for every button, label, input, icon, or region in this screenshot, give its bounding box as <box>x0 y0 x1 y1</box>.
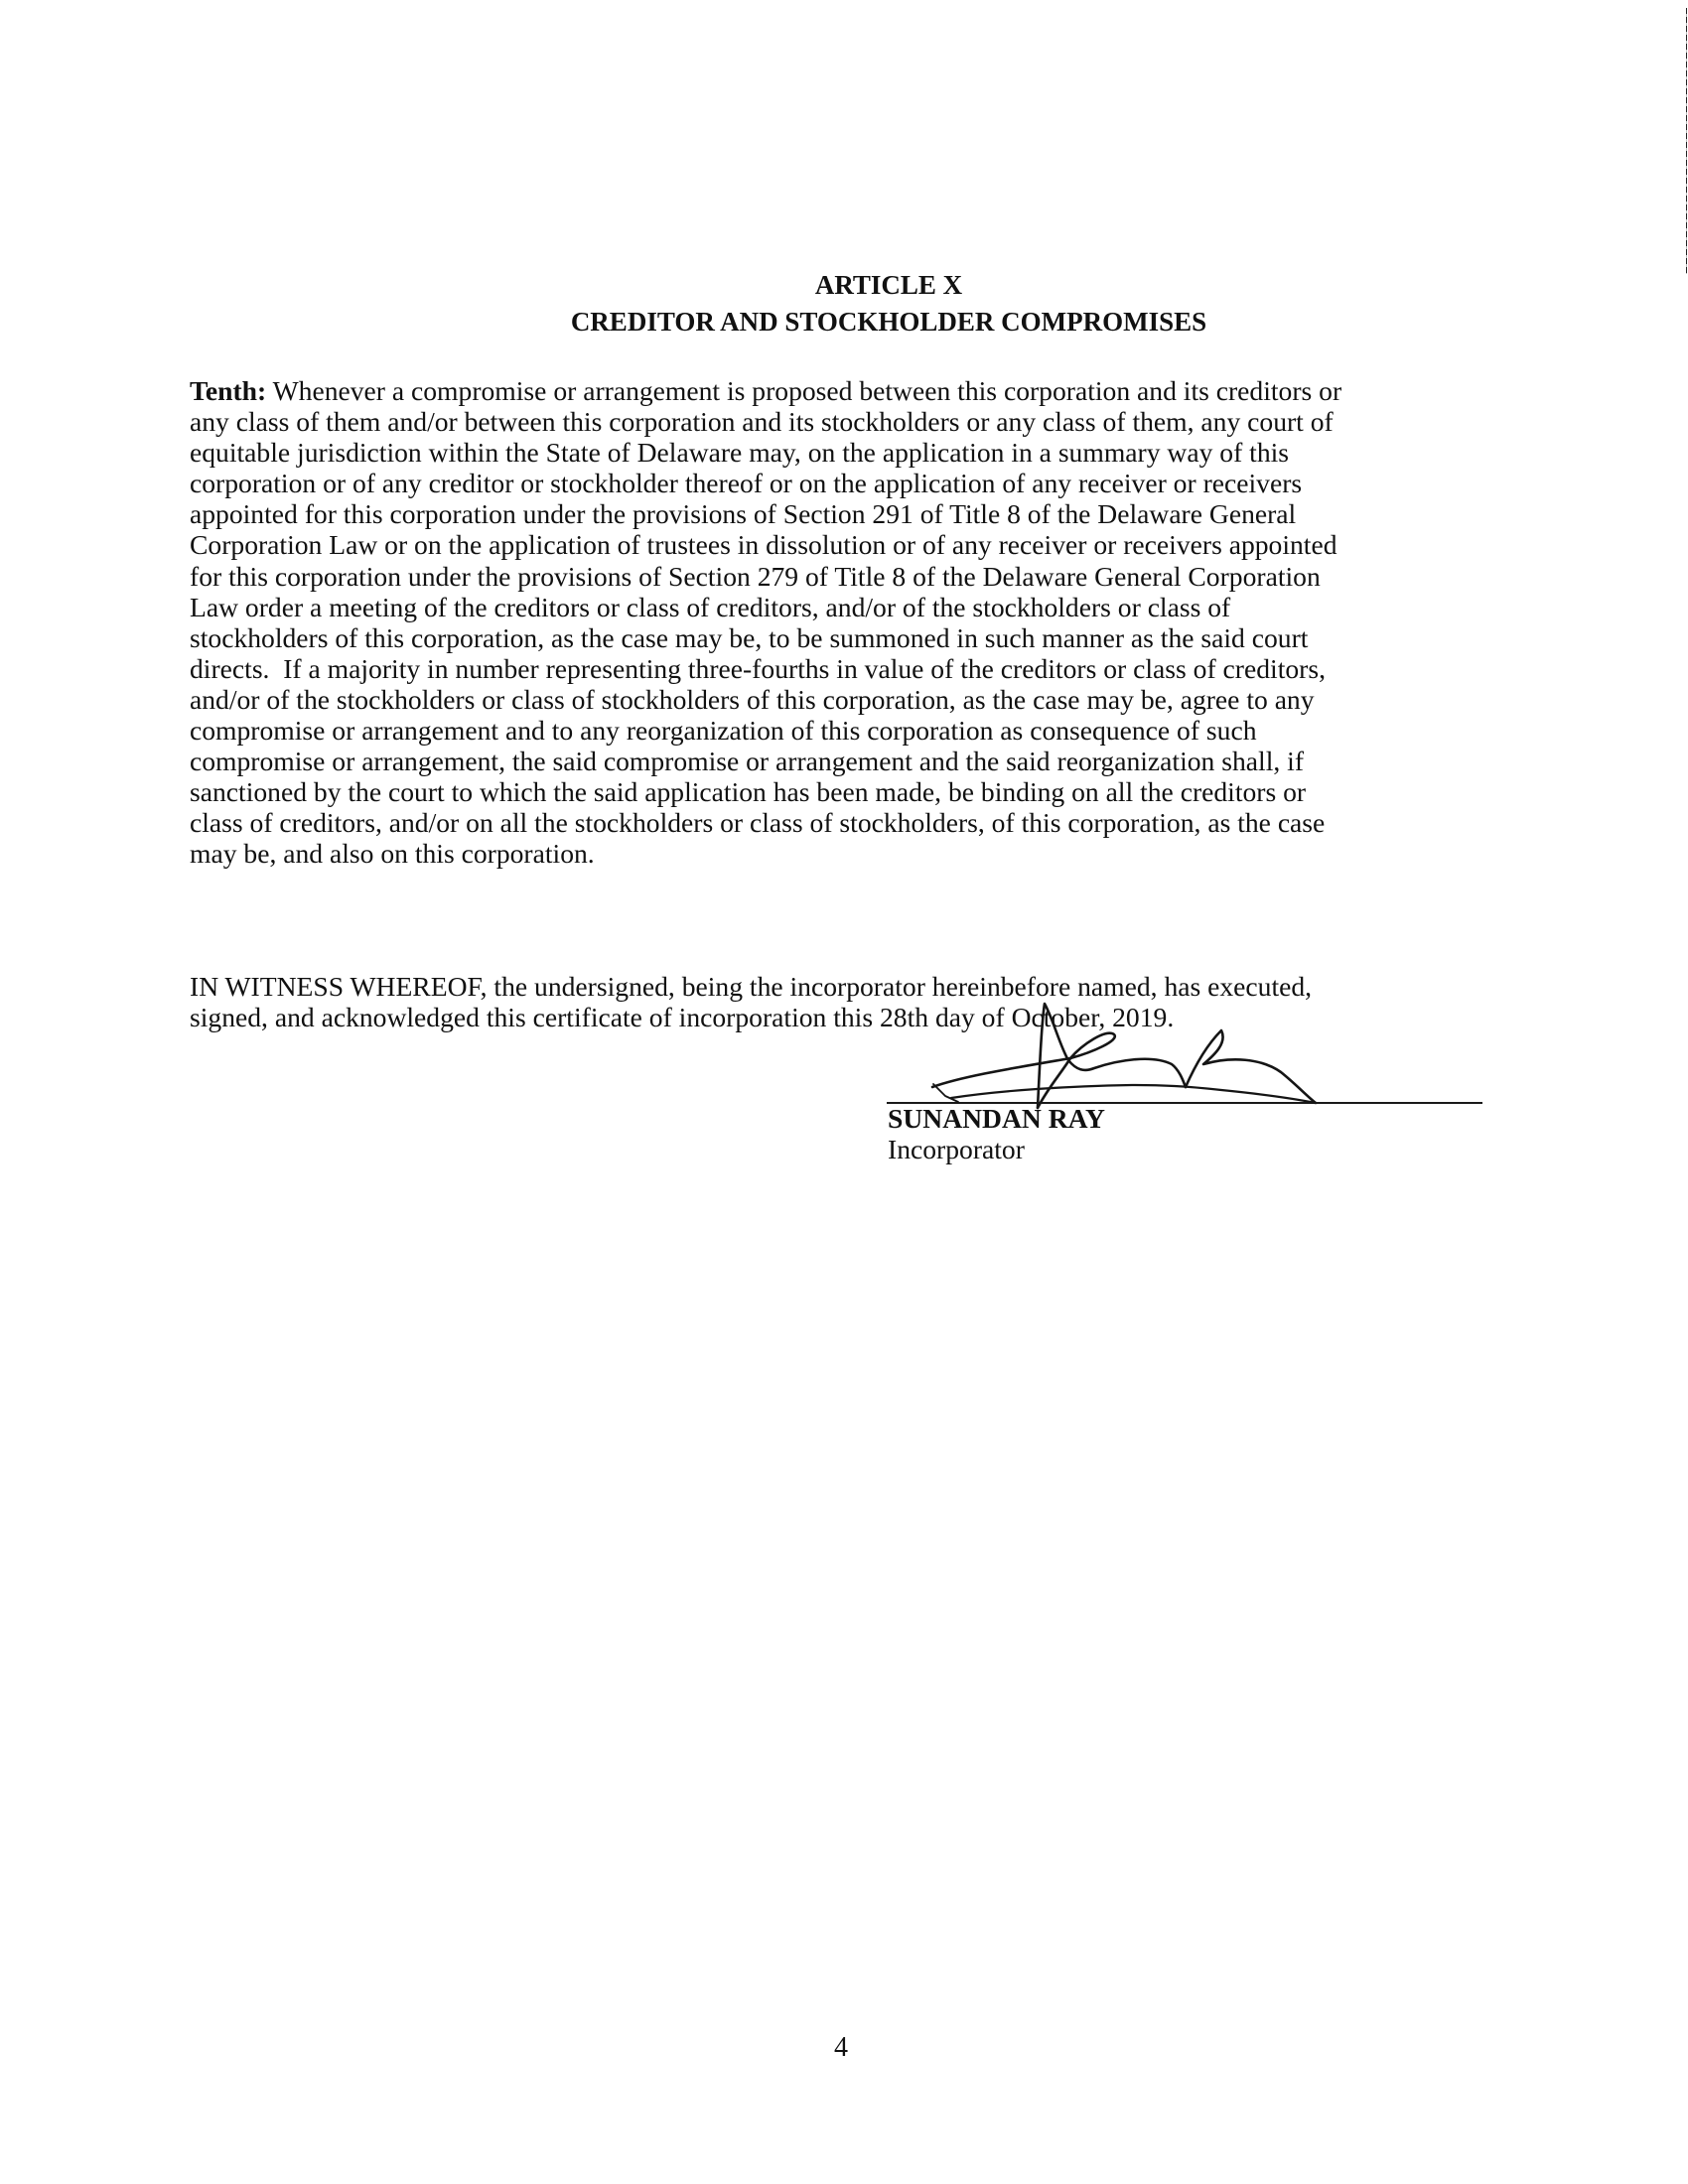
body-line: any class of them and/or between this co… <box>190 406 1500 437</box>
article-title: CREDITOR AND STOCKHOLDER COMPROMISES <box>0 307 1688 337</box>
witness-line: IN WITNESS WHEREOF, the undersigned, bei… <box>190 971 1500 1002</box>
witness-paragraph: IN WITNESS WHEREOF, the undersigned, bei… <box>190 971 1500 1032</box>
body-line: compromise or arrangement, the said comp… <box>190 746 1500 776</box>
body-line: may be, and also on this corporation. <box>190 838 1500 869</box>
body-line: Corporation Law or on the application of… <box>190 529 1500 560</box>
body-line: for this corporation under the provision… <box>190 561 1500 592</box>
body-line: directs. If a majority in number represe… <box>190 653 1500 684</box>
witness-line: signed, and acknowledged this certificat… <box>190 1002 1500 1032</box>
document-page: ARTICLE X CREDITOR AND STOCKHOLDER COMPR… <box>0 0 1688 2184</box>
body-line: corporation or of any creditor or stockh… <box>190 468 1500 498</box>
body-line: stockholders of this corporation, as the… <box>190 622 1500 653</box>
article-body-paragraph: Tenth: Whenever a compromise or arrangem… <box>190 375 1500 870</box>
article-number: ARTICLE X <box>0 270 1688 300</box>
body-line: class of creditors, and/or on all the st… <box>190 807 1500 838</box>
body-line: appointed for this corporation under the… <box>190 498 1500 529</box>
body-line: sanctioned by the court to which the sai… <box>190 776 1500 807</box>
signer-title: Incorporator <box>888 1134 1025 1164</box>
body-line: equitable jurisdiction within the State … <box>190 437 1500 468</box>
body-line: compromise or arrangement and to any reo… <box>190 715 1500 746</box>
signer-name: SUNANDAN RAY <box>888 1103 1105 1134</box>
paragraph-lead: Tenth: <box>190 375 266 406</box>
body-line: Law order a meeting of the creditors or … <box>190 592 1500 622</box>
page-number: 4 <box>0 2032 1682 2064</box>
body-line: Tenth: Whenever a compromise or arrangem… <box>190 375 1500 406</box>
body-line: and/or of the stockholders or class of s… <box>190 684 1500 715</box>
scan-edge-mark <box>1686 8 1687 274</box>
